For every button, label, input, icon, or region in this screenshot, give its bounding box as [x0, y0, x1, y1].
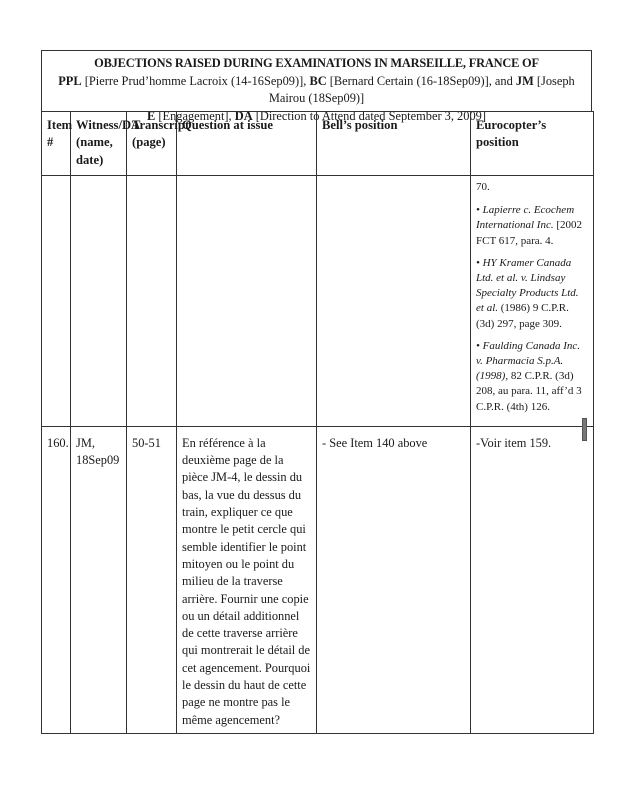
cell-bell-position	[317, 176, 471, 427]
table-row: 70. • Lapierre c. Ecochem International …	[42, 176, 594, 427]
table-row: 160. JM, 18Sep09 50-51 En référence à la…	[42, 426, 594, 733]
header-transcript: Transcript (page)	[127, 112, 177, 176]
scan-margin-mark	[582, 418, 587, 441]
bc-description: [Bernard Certain (16-18Sep09)], and	[327, 74, 516, 88]
cell-item	[42, 176, 71, 427]
header-eurocopter-position: Eurocopter’s position	[471, 112, 594, 176]
cell-question: En référence à la deuxième page de la pi…	[177, 426, 317, 733]
table-header-row: Item # Witness/DA (name, date) Transcrip…	[42, 112, 594, 176]
header-item: Item #	[42, 112, 71, 176]
bc-abbr: BC	[309, 74, 326, 88]
witness-legend-line: PPL [Pierre Prud’homme Lacroix (14-16Sep…	[42, 73, 591, 108]
cell-witness	[71, 176, 127, 427]
cell-bell-position: - See Item 140 above	[317, 426, 471, 733]
cell-eurocopter-position: 70. • Lapierre c. Ecochem International …	[471, 176, 594, 427]
cell-question	[177, 176, 317, 427]
cell-transcript	[127, 176, 177, 427]
cell-eurocopter-position: -Voir item 159.	[471, 426, 594, 733]
document-page: OBJECTIONS RAISED DURING EXAMINATIONS IN…	[0, 0, 624, 804]
jm-abbr: JM	[516, 74, 534, 88]
document-title-block: OBJECTIONS RAISED DURING EXAMINATIONS IN…	[41, 50, 592, 111]
cell-item: 160.	[42, 426, 71, 733]
ppl-description: [Pierre Prud’homme Lacroix (14-16Sep09)]…	[82, 74, 310, 88]
header-question: Question at issue	[177, 112, 317, 176]
cell-transcript: 50-51	[127, 426, 177, 733]
authority-citation: • HY Kramer Canada Ltd. et al. v. Lindsa…	[476, 256, 588, 332]
header-witness: Witness/DA (name, date)	[71, 112, 127, 176]
ppl-abbr: PPL	[58, 74, 81, 88]
header-bell-position: Bell’s position	[317, 112, 471, 176]
authority-citation: • Faulding Canada Inc. v. Pharmacia S.p.…	[476, 339, 588, 415]
cell-witness: JM, 18Sep09	[71, 426, 127, 733]
document-title: OBJECTIONS RAISED DURING EXAMINATIONS IN…	[42, 55, 591, 73]
paragraph-reference: 70.	[476, 180, 588, 195]
objections-table: Item # Witness/DA (name, date) Transcrip…	[41, 111, 594, 734]
authority-citation: • Lapierre c. Ecochem International Inc.…	[476, 203, 588, 249]
